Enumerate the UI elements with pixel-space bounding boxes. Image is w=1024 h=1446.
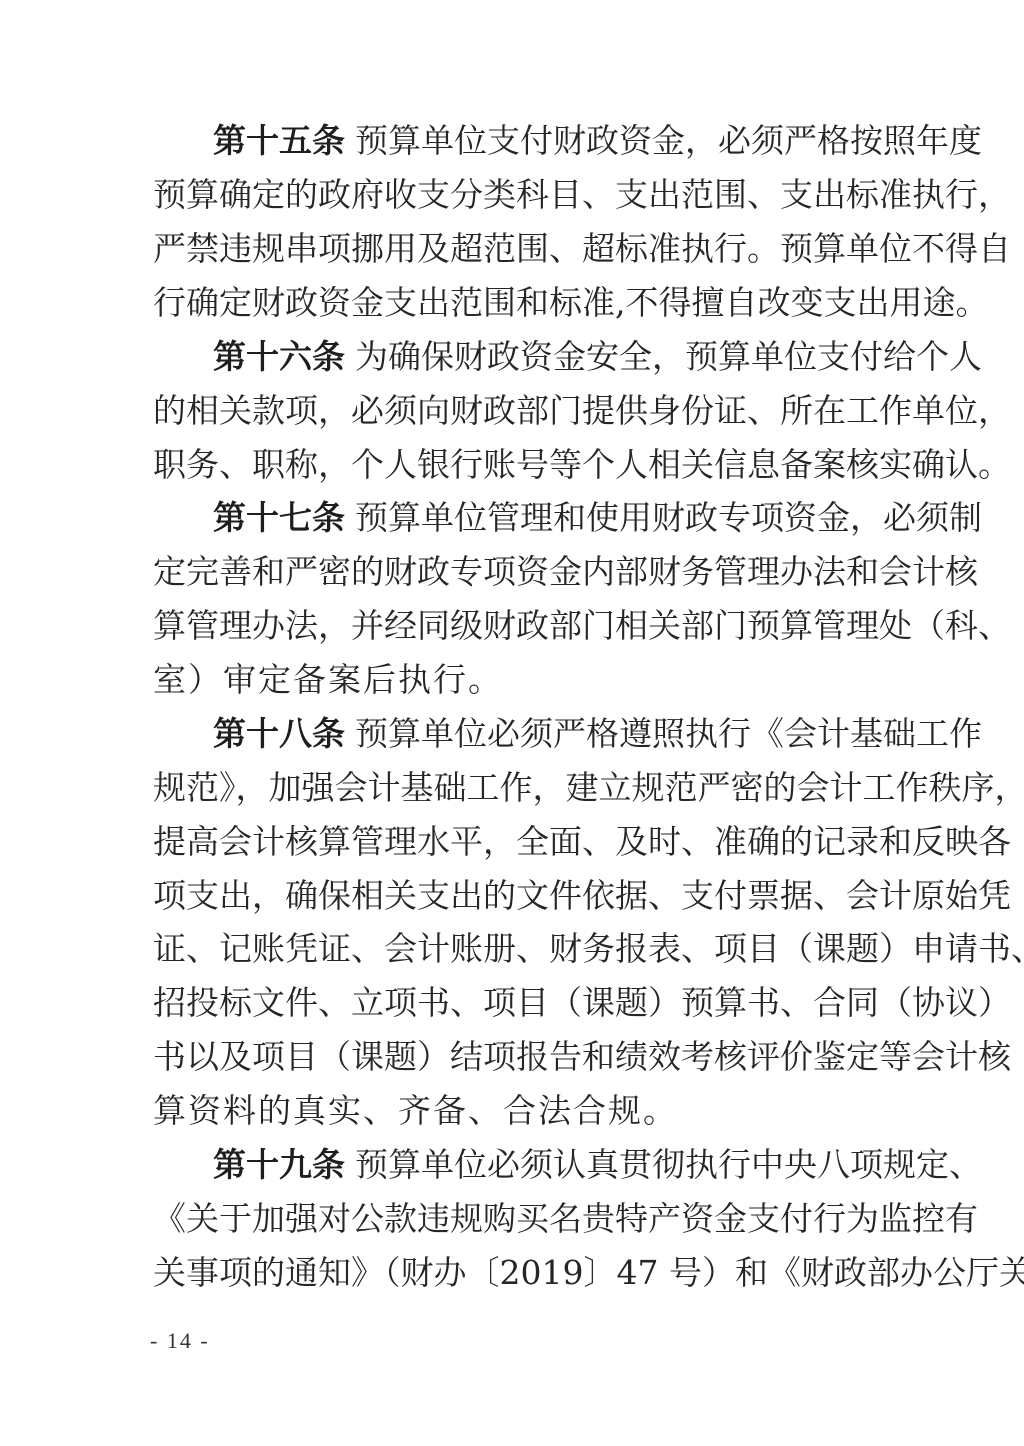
article-text: 预算单位支付财政资金，必须严格按照年度 — [355, 121, 982, 160]
article-15-line-1: 第十五条预算单位支付财政资金，必须严格按照年度 — [213, 121, 859, 161]
article-16-line-3: 职务、职称，个人银行账号等个人相关信息备案核实确认。 — [153, 445, 859, 485]
article-17-line-4: 室）审定备案后执行。 — [153, 660, 859, 700]
article-18-line-5: 证、记账凭证、会计账册、财务报表、项目（课题）申请书、 — [153, 929, 859, 969]
article-18-line-8: 算资料的真实、齐备、合法合规。 — [153, 1091, 859, 1131]
article-19-line-3: 关事项的通知》（财办〔2019〕47 号）和《财政部办公厅关 — [153, 1253, 859, 1293]
article-16-line-2: 的相关款项，必须向财政部门提供身份证、所在工作单位， — [153, 391, 859, 431]
article-text: 预算单位必须认真贯彻执行中央八项规定、 — [355, 1145, 982, 1184]
article-18-line-6: 招投标文件、立项书、项目（课题）预算书、合同（协议） — [153, 983, 859, 1023]
article-number: 第十七条 — [213, 498, 345, 537]
article-15-line-2: 预算确定的政府收支分类科目、支出范围、支出标准执行， — [153, 175, 859, 215]
article-18-line-4: 项支出，确保相关支出的文件依据、支付票据、会计原始凭 — [153, 876, 859, 916]
article-number: 第十六条 — [213, 337, 345, 376]
article-17-line-3: 算管理办法，并经同级财政部门相关部门预算管理处（科、 — [153, 606, 859, 646]
article-17-line-1: 第十七条预算单位管理和使用财政专项资金，必须制 — [213, 498, 859, 538]
article-18-line-3: 提高会计核算管理水平，全面、及时、准确的记录和反映各 — [153, 822, 859, 862]
article-text: 预算单位管理和使用财政专项资金，必须制 — [355, 498, 982, 537]
page-number: - 14 - — [150, 1328, 210, 1354]
article-18-line-1: 第十八条预算单位必须严格遵照执行《会计基础工作 — [213, 714, 859, 754]
article-15-line-4: 行确定财政资金支出范围和标准,不得擅自改变支出用途。 — [153, 283, 859, 323]
article-17-line-2: 定完善和严密的财政专项资金内部财务管理办法和会计核 — [153, 552, 859, 592]
article-text: 为确保财政资金安全，预算单位支付给个人 — [355, 337, 982, 376]
article-15-line-3: 严禁违规串项挪用及超范围、超标准执行。预算单位不得自 — [153, 229, 859, 269]
document-page: 第十五条预算单位支付财政资金，必须严格按照年度 预算确定的政府收支分类科目、支出… — [0, 0, 1024, 1446]
article-number: 第十八条 — [213, 714, 345, 753]
article-18-line-7: 书以及项目（课题）结项报告和绩效考核评价鉴定等会计核 — [153, 1037, 859, 1077]
article-number: 第十五条 — [213, 121, 345, 160]
article-19-line-2: 《关于加强对公款违规购买名贵特产资金支付行为监控有 — [153, 1199, 859, 1239]
article-18-line-2: 规范》，加强会计基础工作，建立规范严密的会计工作秩序， — [153, 768, 859, 808]
article-16-line-1: 第十六条为确保财政资金安全，预算单位支付给个人 — [213, 337, 859, 377]
article-number: 第十九条 — [213, 1145, 345, 1184]
article-text: 预算单位必须严格遵照执行《会计基础工作 — [355, 714, 982, 753]
article-19-line-1: 第十九条预算单位必须认真贯彻执行中央八项规定、 — [213, 1145, 859, 1185]
